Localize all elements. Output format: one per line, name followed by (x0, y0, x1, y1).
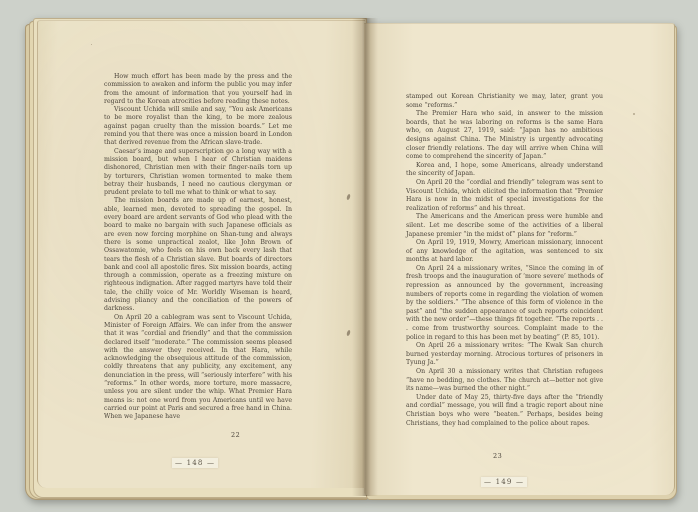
paragraph: On April 20 the “cordial and friendly” t… (406, 179, 603, 213)
paragraph: The Americans and the American press wer… (406, 213, 603, 239)
paragraph: Korea and, I hope, some Americans, alrea… (406, 162, 603, 179)
right-page-text-column: stamped out Korean Christianity we may, … (406, 93, 603, 428)
left-page: How much effort has been made by the pre… (37, 20, 365, 488)
left-page-text-column: How much effort has been made by the pre… (104, 73, 292, 421)
paragraph: How much effort has been made by the pre… (104, 73, 292, 106)
dust-speck (91, 44, 92, 45)
paragraph: The mission boards are made up of earnes… (104, 197, 292, 313)
dust-speck (633, 113, 635, 115)
screenshot-root: { "theme": { "bg": "#cdd1ca", "page_left… (0, 0, 698, 512)
paragraph: Under date of May 25, thirty-five days a… (406, 394, 603, 428)
paragraph: The Premier Hara who said, in answer to … (406, 110, 603, 162)
dust-speck (565, 312, 566, 314)
paragraph: On April 19, 1919, Mowry, American missi… (406, 239, 603, 265)
left-page-number-stamp: — 148 — (172, 458, 218, 468)
paragraph: On April 30 a missionary writes that Chr… (406, 368, 603, 394)
right-page: stamped out Korean Christianity we may, … (364, 23, 675, 495)
left-page-folio-number: 22 (231, 431, 240, 439)
right-page-number-stamp: — 149 — (481, 477, 527, 487)
paragraph: Viscount Uchida will smile and say, “You… (104, 106, 292, 147)
paragraph: On April 20 a cablegram was sent to Visc… (104, 314, 292, 422)
book-scan: How much effort has been made by the pre… (0, 0, 698, 512)
paragraph: On April 24 a missionary writes, “Since … (406, 265, 603, 342)
paragraph: stamped out Korean Christianity we may, … (406, 93, 603, 110)
paragraph: Caesar’s image and superscription go a l… (104, 148, 292, 198)
open-book: How much effort has been made by the pre… (25, 16, 675, 498)
paragraph: On April 26 a missionary writes: “The Kw… (406, 342, 603, 368)
right-page-folio-number: 23 (493, 452, 502, 460)
